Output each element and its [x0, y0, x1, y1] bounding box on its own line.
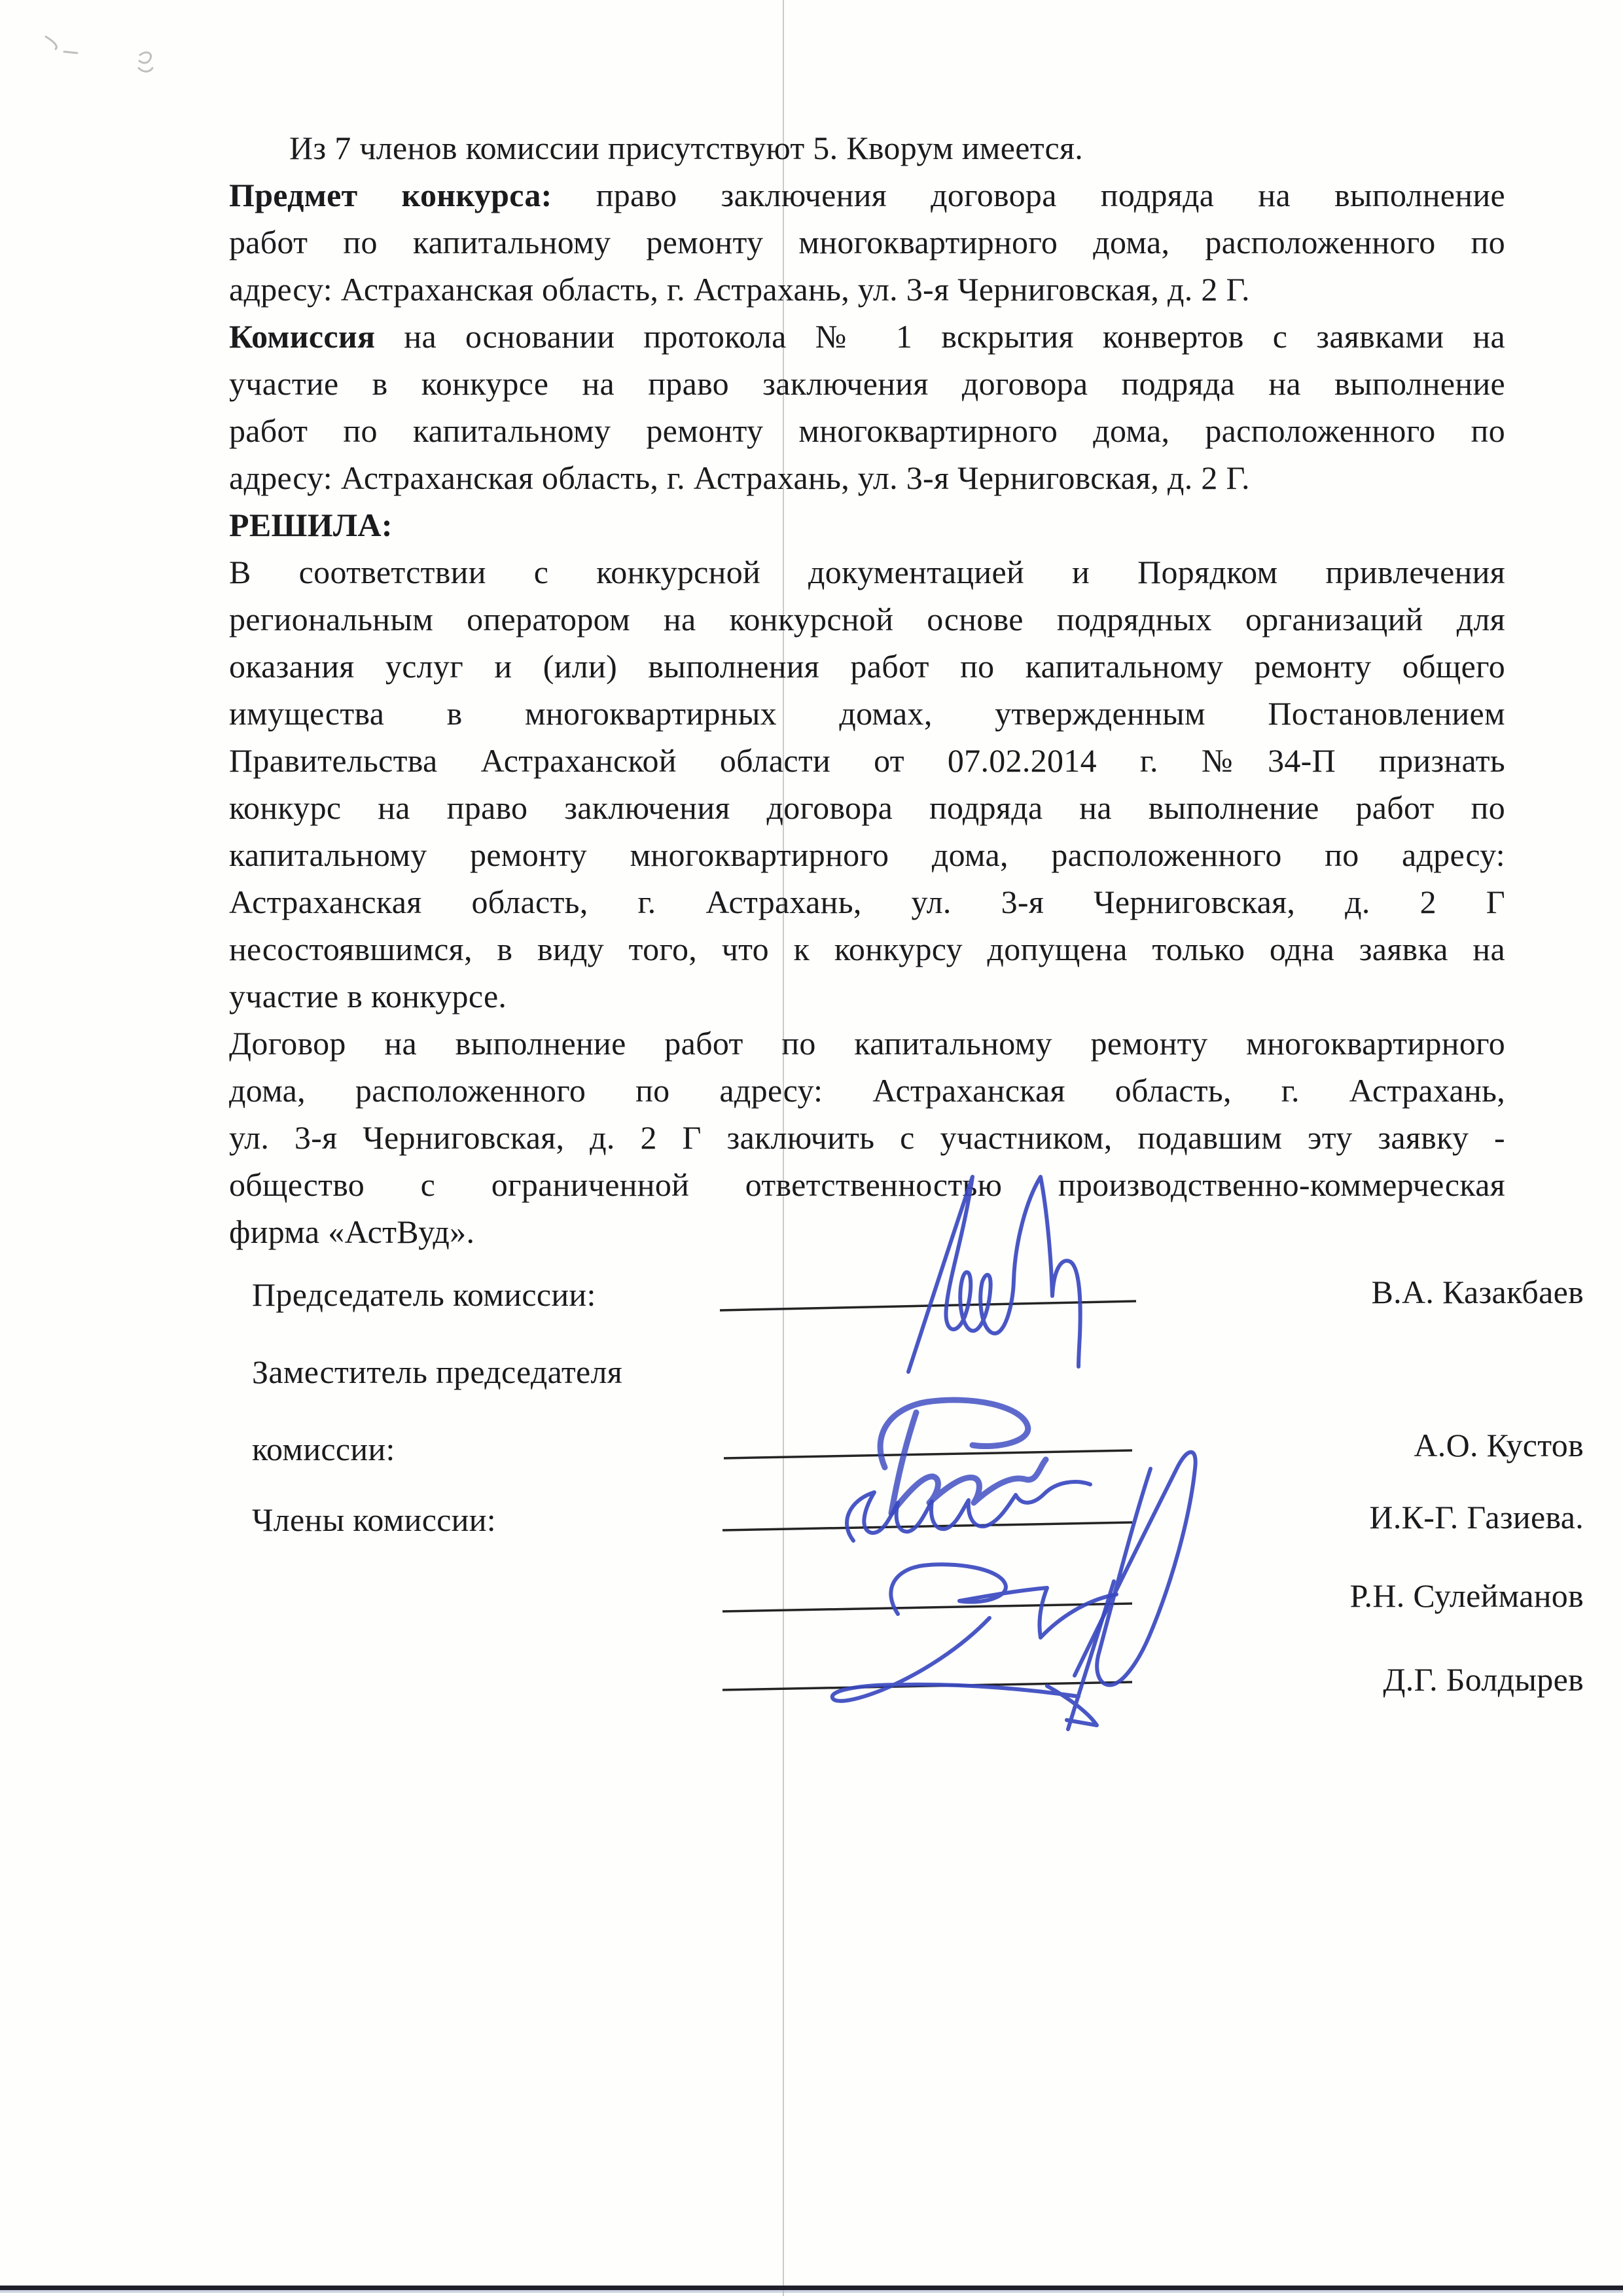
signature-line-2: [724, 1450, 1132, 1458]
document-line: конкурс на право заключения договора под…: [229, 784, 1505, 831]
signature-ink-boldyrev: [832, 1581, 1114, 1729]
document-body: Из 7 членов комиссии присутствуют 5. Кво…: [229, 124, 1505, 1255]
document-line: участие в конкурсе на право заключения д…: [229, 360, 1505, 407]
document-line: ул. 3-я Черниговская, д. 2 Г заключить с…: [229, 1114, 1505, 1161]
document-line: Астраханская область, г. Астрахань, ул. …: [229, 878, 1505, 925]
scan-bottom-edge-tint: [0, 2290, 1623, 2293]
text-segment: на основании протокола № 1 вскрытия конв…: [375, 318, 1505, 355]
document-line: работ по капитальному ремонту многокварт…: [229, 407, 1505, 454]
signature-ink-kustov: [880, 1400, 1046, 1513]
text-segment: В соответствии с конкурсной документацие…: [229, 554, 1505, 590]
text-segment: несостоявшимся, в виду того, что к конку…: [229, 931, 1505, 967]
document-line: Предмет конкурса: право заключения догов…: [229, 171, 1505, 219]
text-segment: имущества в многоквартирных домах, утвер…: [229, 695, 1505, 732]
document-line: адресу: Астраханская область, г. Астраха…: [229, 266, 1505, 313]
signatory-name-kazakbaev: В.А. Казакбаев: [1243, 1274, 1584, 1310]
signature-label-deputy-line2: комиссии:: [252, 1431, 395, 1467]
bold-text-segment: Комиссия: [229, 318, 375, 355]
signatory-name-gazieva: И.К-Г. Газиева.: [1243, 1499, 1584, 1535]
document-line: Из 7 членов комиссии присутствуют 5. Кво…: [229, 124, 1505, 171]
signatory-name-kustov: А.О. Кустов: [1243, 1427, 1584, 1463]
document-line: имущества в многоквартирных домах, утвер…: [229, 690, 1505, 737]
document-line: капитальному ремонту многоквартирного до…: [229, 831, 1505, 878]
scanned-document-page: Из 7 членов комиссии присутствуют 5. Кво…: [0, 0, 1623, 2296]
text-segment: капитальному ремонту многоквартирного до…: [229, 836, 1505, 873]
signature-label-chairman: Председатель комиссии:: [252, 1276, 596, 1313]
signatory-name-boldyrev: Д.Г. Болдырев: [1243, 1661, 1584, 1698]
text-segment: Договор на выполнение работ по капитальн…: [229, 1025, 1505, 1062]
document-line: Комиссия на основании протокола № 1 вскр…: [229, 313, 1505, 360]
document-line: РЕШИЛА:: [229, 501, 1505, 548]
document-line: дома, расположенного по адресу: Астрахан…: [229, 1067, 1505, 1114]
document-line: фирма «АстВуд».: [229, 1208, 1505, 1255]
text-segment: фирма «АстВуд».: [229, 1213, 474, 1250]
document-line: Правительства Астраханской области от 07…: [229, 737, 1505, 784]
text-segment: Правительства Астраханской области от 07…: [229, 742, 1505, 779]
document-line: региональным оператором на конкурсной ос…: [229, 596, 1505, 643]
signature-label-deputy-line1: Заместитель председателя: [252, 1354, 622, 1390]
text-segment: Астраханская область, г. Астрахань, ул. …: [229, 884, 1505, 920]
text-segment: участие в конкурсе.: [229, 978, 507, 1014]
document-line: Договор на выполнение работ по капитальн…: [229, 1020, 1505, 1067]
pencil-marks: [46, 37, 152, 71]
text-segment: работ по капитальному ремонту многокварт…: [229, 224, 1505, 260]
document-line: работ по капитальному ремонту многокварт…: [229, 219, 1505, 266]
document-line: В соответствии с конкурсной документацие…: [229, 548, 1505, 596]
text-segment: региональным оператором на конкурсной ос…: [229, 601, 1505, 637]
document-line: адресу: Астраханская область, г. Астраха…: [229, 454, 1505, 501]
signatory-name-suleymanov: Р.Н. Сулейманов: [1243, 1577, 1584, 1614]
document-line: несостоявшимся, в виду того, что к конку…: [229, 925, 1505, 973]
document-line: участие в конкурсе.: [229, 973, 1505, 1020]
signature-ink-suleymanov: [891, 1564, 1116, 1638]
text-segment: адресу: Астраханская область, г. Астраха…: [229, 459, 1250, 496]
text-segment: оказания услуг и (или) выполнения работ …: [229, 648, 1505, 685]
signature-label-members: Члены комиссии:: [252, 1501, 496, 1538]
text-segment: дома, расположенного по адресу: Астрахан…: [229, 1072, 1505, 1109]
signature-ink-flourish: [1075, 1452, 1196, 1685]
bold-text-segment: Предмет конкурса:: [229, 177, 552, 213]
bold-text-segment: РЕШИЛА:: [229, 507, 393, 543]
signature-ink-gazieva: [847, 1482, 1090, 1541]
text-segment: работ по капитальному ремонту многокварт…: [229, 412, 1505, 449]
text-segment: участие в конкурсе на право заключения д…: [229, 365, 1505, 402]
text-segment: общество с ограниченной ответственностью…: [229, 1166, 1505, 1203]
document-line: оказания услуг и (или) выполнения работ …: [229, 643, 1505, 690]
text-segment: адресу: Астраханская область, г. Астраха…: [229, 271, 1250, 308]
scan-bottom-edge-line: [0, 2286, 1623, 2290]
text-segment: право заключения договора подряда на вып…: [552, 177, 1505, 213]
document-line: общество с ограниченной ответственностью…: [229, 1161, 1505, 1208]
text-segment: конкурс на право заключения договора под…: [229, 789, 1505, 826]
text-segment: ул. 3-я Черниговская, д. 2 Г заключить с…: [229, 1119, 1505, 1156]
text-segment: Из 7 членов комиссии присутствуют 5. Кво…: [289, 130, 1083, 166]
